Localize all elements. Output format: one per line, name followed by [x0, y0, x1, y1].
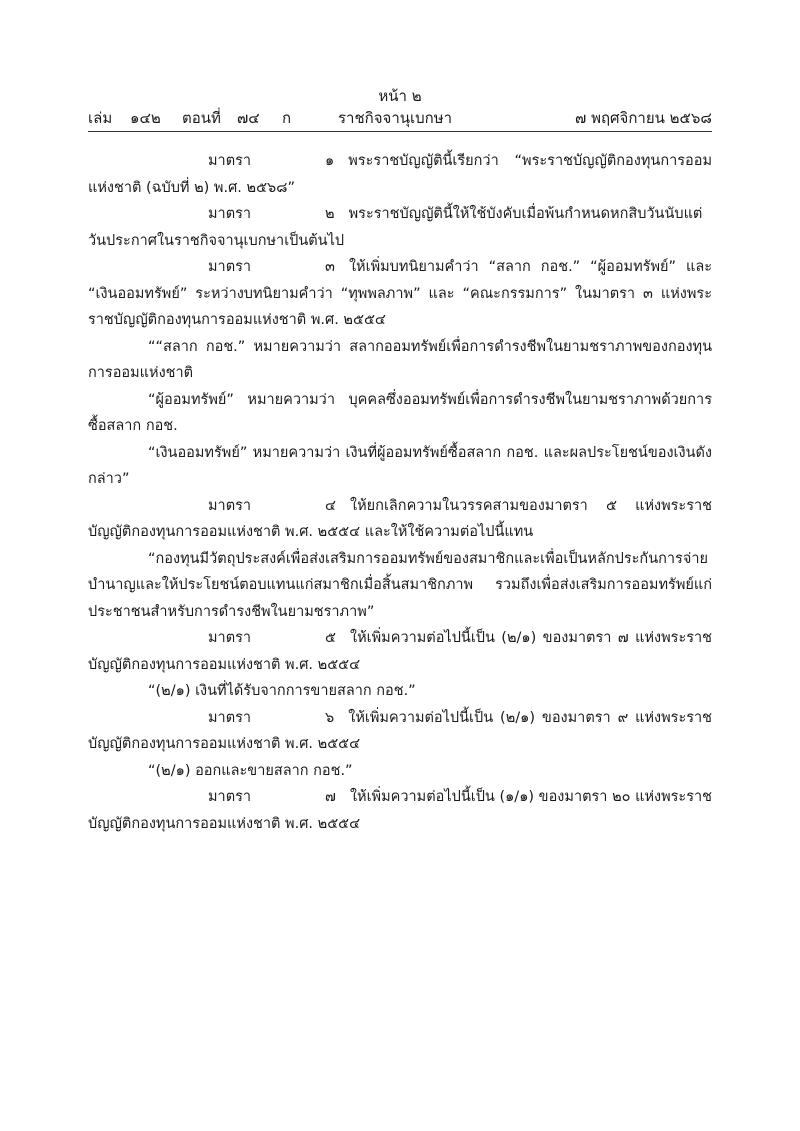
- section-number: ๑: [265, 148, 334, 175]
- gazette-name: ราชกิจจานุเบกษา: [338, 107, 452, 129]
- section-4-paragraph: มาตรา๔ให้ยกเลิกความในวรรคสามของมาตรา ๕ แ…: [88, 493, 712, 546]
- section-number: ๖: [265, 705, 334, 732]
- section-number: ๗: [265, 784, 336, 811]
- volume-number: ๑๔๒: [130, 107, 161, 129]
- section-label: มาตรา: [148, 201, 251, 228]
- definition-lottery: ““สลาก กอช.” หมายความว่า สลากออมทรัพย์เพ…: [88, 334, 712, 387]
- section-label: มาตรา: [148, 784, 251, 811]
- section-number: ๕: [265, 625, 336, 652]
- section-number: ๔: [265, 493, 336, 520]
- section-label: มาตรา: [148, 625, 251, 652]
- gazette-page: หน้า ๒ เล่ม ๑๔๒ ตอนที่ ๗๔ ก ราชกิจจานุเบ…: [0, 0, 800, 1131]
- section-label: มาตรา: [148, 705, 251, 732]
- section-label: มาตรา: [148, 254, 251, 281]
- section-label: มาตรา: [148, 493, 251, 520]
- issue-label: ตอนที่: [182, 107, 221, 129]
- section-number: ๓: [265, 254, 335, 281]
- section-3-paragraph: มาตรา๓ให้เพิ่มบทนิยามคำว่า “สลาก กอช.” “…: [88, 254, 712, 334]
- publication-date: ๗ พฤศจิกายน ๒๕๖๘: [575, 107, 712, 129]
- section-6-paragraph: มาตรา๖ให้เพิ่มความต่อไปนี้เป็น (๒/๑) ของ…: [88, 705, 712, 758]
- page-number: หน้า ๒: [0, 86, 800, 106]
- section-label: มาตรา: [148, 148, 251, 175]
- clause-2-1-income: “(๒/๑) เงินที่ได้รับจากการขายสลาก กอช.”: [88, 678, 712, 705]
- volume-label: เล่ม: [88, 107, 112, 129]
- section-2-paragraph: มาตรา๒พระราชบัญญัตินี้ให้ใช้บังคับเมื่อพ…: [88, 201, 712, 254]
- section-1-paragraph: มาตรา๑พระราชบัญญัตินี้เรียกว่า “พระราชบั…: [88, 148, 712, 201]
- gazette-header: เล่ม ๑๔๒ ตอนที่ ๗๔ ก ราชกิจจานุเบกษา ๗ พ…: [88, 107, 712, 132]
- fund-objective-text: “กองทุนมีวัตถุประสงค์เพื่อส่งเสริมการออม…: [88, 546, 712, 626]
- clause-2-1-issue: “(๒/๑) ออกและขายสลาก กอช.”: [88, 758, 712, 785]
- definition-savings: “เงินออมทรัพย์” หมายความว่า เงินที่ผู้ออ…: [88, 440, 712, 493]
- section-letter: ก: [282, 107, 291, 129]
- section-number: ๒: [265, 201, 335, 228]
- document-body: มาตรา๑พระราชบัญญัตินี้เรียกว่า “พระราชบั…: [88, 148, 712, 837]
- section-7-paragraph: มาตรา๗ให้เพิ่มความต่อไปนี้เป็น (๑/๑) ของ…: [88, 784, 712, 837]
- issue-number: ๗๔: [237, 107, 260, 129]
- definition-saver: “ผู้ออมทรัพย์” หมายความว่า บุคคลซึ่งออมท…: [88, 387, 712, 440]
- section-5-paragraph: มาตรา๕ให้เพิ่มความต่อไปนี้เป็น (๒/๑) ของ…: [88, 625, 712, 678]
